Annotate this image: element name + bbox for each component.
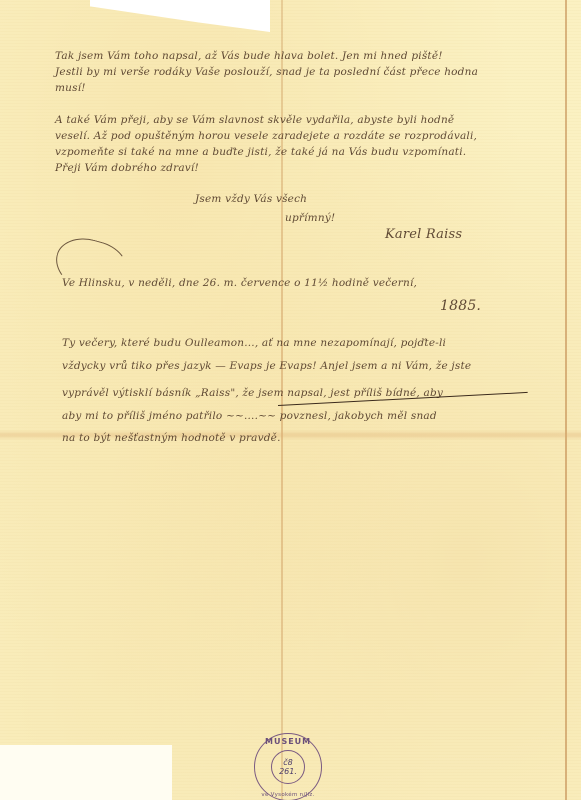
stamp-center-line2: 261. <box>279 767 297 776</box>
stamp-bottom-text: ve Vysokém n/Jiz. <box>261 792 315 798</box>
dateline: Ve Hlinsku, v neděli, dne 26. m. červenc… <box>62 277 417 289</box>
text-line: aby mi to příliš jméno patřilo ~~....~~ … <box>62 410 437 422</box>
text-line: veselí. Až pod opuštěným horou vesele za… <box>55 130 477 142</box>
text-line: Přeji Vám dobrého zdraví! <box>55 162 199 174</box>
text-line: Tak jsem Vám toho napsal, až Vás bude hl… <box>55 50 443 62</box>
museum-stamp: MUSEUM č8 261. ve Vysokém n/Jiz. <box>254 733 322 800</box>
signature: Karel Raiss <box>385 227 462 242</box>
text-line: A také Vám přeji, aby se Vám slavnost sk… <box>55 114 454 126</box>
closing-line: Jsem vždy Vás všech <box>195 193 307 205</box>
stamp-center: č8 261. <box>271 750 305 784</box>
year: 1885. <box>440 298 481 314</box>
missing-paper-area <box>0 745 172 800</box>
right-page-edge <box>565 0 567 800</box>
stamp-top-text: MUSEUM <box>265 737 311 746</box>
text-line: na to být nešťastným hodnotě v pravdě. <box>62 432 281 444</box>
text-line: vyprávěl výtisklí básník „Raiss", že jse… <box>62 387 443 399</box>
closing-line: upřímný! <box>285 212 335 224</box>
text-line: vždycky vrů tiko přes jazyk — Evaps je E… <box>62 360 471 372</box>
text-line: musí! <box>55 82 86 94</box>
text-line: vzpomeňte si také na mne a buďte jisti, … <box>55 146 466 158</box>
text-line: Jestli by mi verše rodáky Vaše poslouží,… <box>55 66 478 78</box>
text-line: Ty večery, které budu Oulleamon..., ať n… <box>62 337 446 349</box>
stamp-center-line1: č8 <box>283 758 293 767</box>
